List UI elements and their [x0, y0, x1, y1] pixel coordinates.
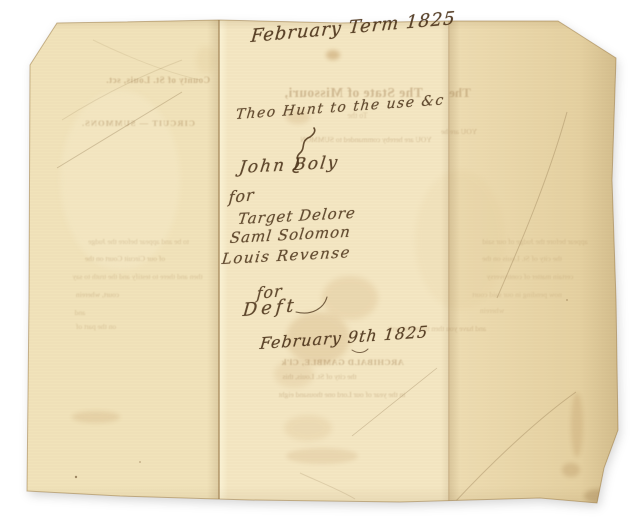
fold-shadow-right-inner — [450, 18, 460, 510]
paper-graphics — [0, 0, 640, 528]
document-scan: Scanned tri-fold handwritten court docke… — [0, 0, 640, 528]
faint-writing-smudge — [286, 448, 358, 464]
paper-speck — [75, 476, 77, 478]
paper-speck — [139, 461, 141, 463]
paper-speck — [566, 299, 568, 301]
fold-highlight-left — [220, 18, 228, 510]
fold-shadow-left — [207, 18, 219, 510]
fold-shadow-right — [441, 18, 449, 510]
faint-writing-smudge — [72, 411, 120, 423]
top-edge-shading — [27, 18, 621, 30]
